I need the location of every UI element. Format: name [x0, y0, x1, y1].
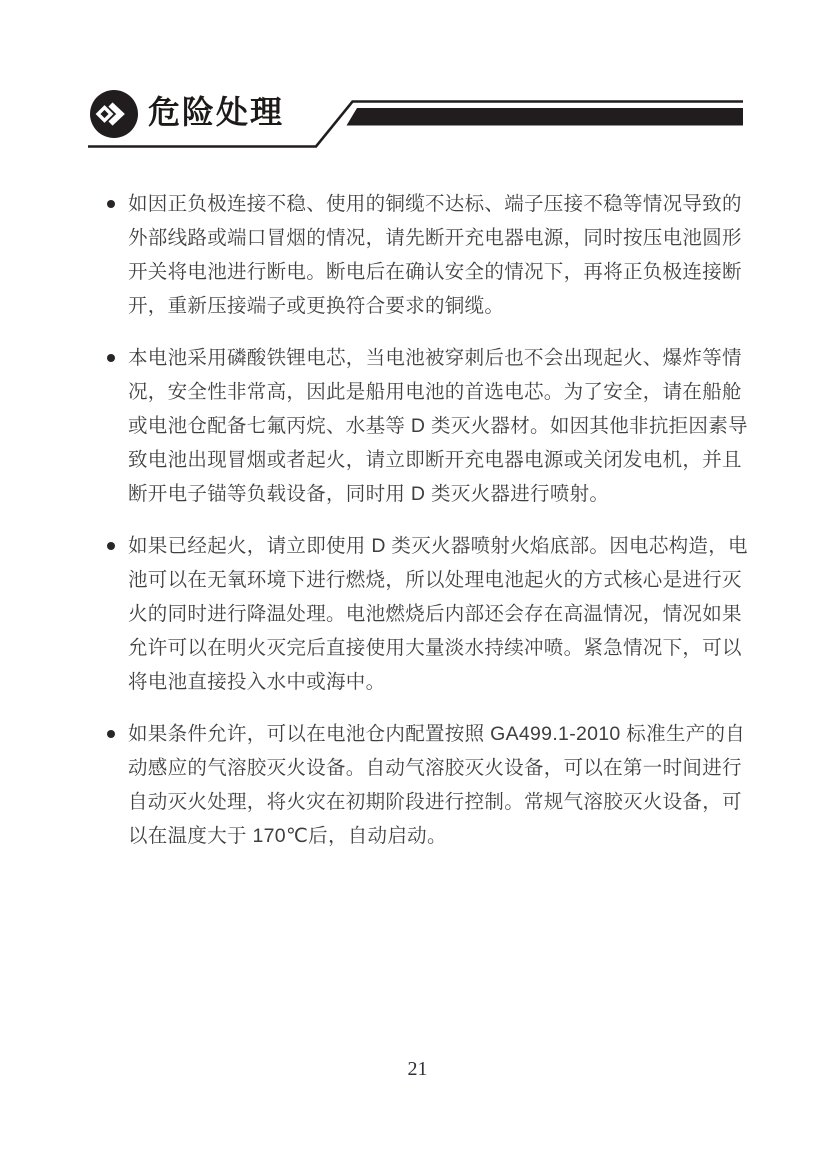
paragraph-line: 或电池仓配备七氟丙烷、水基等 D 类灭火器材。如因其他非抗拒因素导	[128, 409, 745, 443]
paragraph-line: 开，重新压接端子或更换符合要求的铜缆。	[128, 289, 745, 323]
paragraph-line: 况，安全性非常高，因此是船用电池的首选电芯。为了安全，请在船舱	[128, 375, 745, 409]
paragraph-line: 火的同时进行降温处理。电池燃烧后内部还会存在高温情况，情况如果	[128, 597, 745, 631]
page-footer: 21	[0, 1058, 835, 1081]
paragraph-line: 本电池采用磷酸铁锂电芯，当电池被穿刺后也不会出现起火、爆炸等情	[128, 341, 745, 375]
paragraph-line: 如因正负极连接不稳、使用的铜缆不达标、端子压接不稳等情况导致的	[128, 187, 745, 221]
paragraph-line: 允许可以在明火灭完后直接使用大量淡水持续冲喷。紧急情况下，可以	[128, 631, 745, 665]
paragraph-line: 将电池直接投入水中或海中。	[128, 665, 745, 699]
paragraph-line: 致电池出现冒烟或者起火，请立即断开充电器电源或关闭发电机，并且	[128, 443, 745, 477]
paragraph-line: 外部线路或端口冒烟的情况，请先断开充电器电源，同时按压电池圆形	[128, 221, 745, 255]
paragraph-line: 断开电子锚等负载设备，同时用 D 类灭火器进行喷射。	[128, 477, 745, 511]
list-item: 本电池采用磷酸铁锂电芯，当电池被穿刺后也不会出现起火、爆炸等情 况，安全性非常高…	[128, 341, 745, 511]
paragraph-line: 动感应的气溶胶灭火设备。自动气溶胶灭火设备，可以在第一时间进行	[128, 751, 745, 785]
page-number: 21	[408, 1058, 428, 1080]
paragraph-line: 以在温度大于 170℃后，自动启动。	[128, 819, 745, 853]
list-item: 如果已经起火，请立即使用 D 类灭火器喷射火焰底部。因电芯构造，电 池可以在无氧…	[128, 529, 745, 699]
paragraph-line: 如果条件允许，可以在电池仓内配置按照 GA499.1-2010 标准生产的自	[128, 717, 745, 751]
list-item: 如果条件允许，可以在电池仓内配置按照 GA499.1-2010 标准生产的自 动…	[128, 717, 745, 853]
section-body: 如因正负极连接不稳、使用的铜缆不达标、端子压接不稳等情况导致的 外部线路或端口冒…	[0, 187, 835, 871]
section-header: 危险处理	[0, 0, 835, 160]
forward-chevron-diamond-icon	[90, 90, 138, 138]
manual-page: 危险处理 如因正负极连接不稳、使用的铜缆不达标、端子压接不稳等情况导致的 外部线…	[0, 0, 835, 1150]
list-item: 如因正负极连接不稳、使用的铜缆不达标、端子压接不稳等情况导致的 外部线路或端口冒…	[128, 187, 745, 323]
page-title: 危险处理	[148, 92, 284, 132]
paragraph-line: 开关将电池进行断电。断电后在确认安全的情况下，再将正负极连接断	[128, 255, 745, 289]
paragraph-line: 自动灭火处理，将火灾在初期阶段进行控制。常规气溶胶灭火设备，可	[128, 785, 745, 819]
paragraph-line: 池可以在无氧环境下进行燃烧，所以处理电池起火的方式核心是进行灭	[128, 563, 745, 597]
paragraph-line: 如果已经起火，请立即使用 D 类灭火器喷射火焰底部。因电芯构造，电	[128, 529, 745, 563]
safety-instruction-list: 如因正负极连接不稳、使用的铜缆不达标、端子压接不稳等情况导致的 外部线路或端口冒…	[0, 187, 835, 853]
